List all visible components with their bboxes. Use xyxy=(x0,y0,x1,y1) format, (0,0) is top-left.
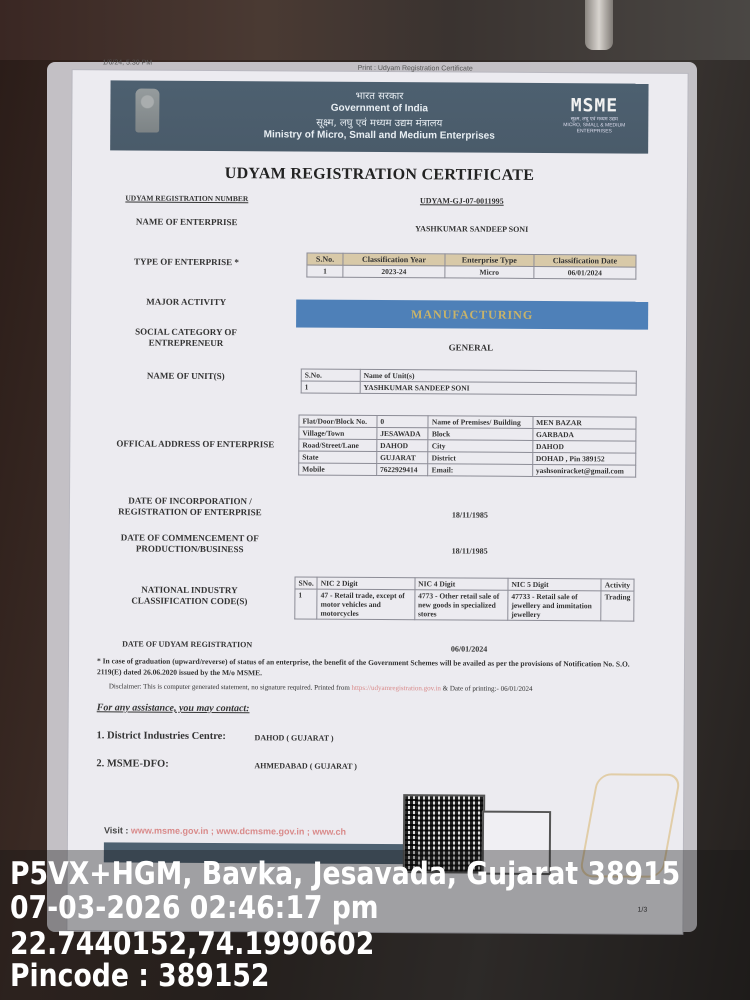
unit-header: S.No. xyxy=(301,369,360,381)
classification-cell: 06/01/2024 xyxy=(534,266,636,279)
visit-label: Visit : xyxy=(104,825,131,835)
background-wall xyxy=(0,0,750,60)
classification-cell: 1 xyxy=(307,265,343,277)
classification-cell: Micro xyxy=(445,266,534,279)
geotag-address: P5VX+HGM, Bavka, Jesavada, Gujarat 38915 xyxy=(10,856,680,892)
disclaimer-link[interactable]: https://udyamregistration.gov.in xyxy=(352,684,441,693)
address-cell: 7622929414 xyxy=(377,463,429,475)
certificate-title: UDYAM REGISTRATION CERTIFICATE xyxy=(72,164,687,186)
address-cell: GARBADA xyxy=(533,428,636,441)
address-cell: DAHOD xyxy=(377,439,429,451)
nic-cell: 47733 - Retail sale of jewellery and imm… xyxy=(508,590,601,621)
msme-logo-text: MSME xyxy=(554,95,634,116)
reg-number-label: UDYAM REGISTRATION NUMBER xyxy=(102,192,272,204)
address-cell: City xyxy=(428,440,532,453)
unit-cell: 1 xyxy=(301,381,360,393)
classification-header: Enterprise Type xyxy=(445,254,534,267)
address-cell: Village/Town xyxy=(299,427,377,439)
print-title: Print : Udyam Registration Certificate xyxy=(358,65,473,73)
address-cell: State xyxy=(299,451,377,463)
contact-dic-value: DAHOD ( GUJARAT ) xyxy=(255,733,334,742)
disclaimer: Disclaimer: This is computer generated s… xyxy=(109,682,649,693)
address-cell: Block xyxy=(428,428,532,441)
metal-clip xyxy=(585,0,613,50)
units-table: S.No.Name of Unit(s) 1YASHKUMAR SANDEEP … xyxy=(301,369,637,396)
address-cell: District xyxy=(428,452,532,465)
address-cell: Email: xyxy=(428,464,532,477)
address-cell: JESAWADA xyxy=(377,427,429,439)
nic-header: NIC 5 Digit xyxy=(508,578,601,591)
assistance-heading: For any assistance, you may contact: xyxy=(97,702,250,714)
type-label: TYPE OF ENTERPRISE * xyxy=(111,256,261,268)
geotag-pincode: Pincode : 389152 xyxy=(10,958,269,994)
unit-cell: YASHKUMAR SANDEEP SONI xyxy=(360,381,636,395)
social-category-label: SOCIAL CATEGORY OF ENTREPRENEUR xyxy=(111,326,261,349)
unit-row: 1YASHKUMAR SANDEEP SONI xyxy=(301,381,636,395)
address-table: Flat/Door/Block No.0Name of Premises/ Bu… xyxy=(298,415,636,478)
contact-dfo-label: 2. MSME-DFO: xyxy=(96,758,168,769)
classification-header: S.No. xyxy=(307,253,343,265)
ministry-banner: भारत सरकार Government of India सूक्ष्म, … xyxy=(110,80,648,153)
address-label: OFFICAL ADDRESS OF ENTERPRISE xyxy=(100,438,290,450)
nic-label: NATIONAL INDUSTRY CLASSIFICATION CODE(S) xyxy=(109,584,269,607)
incorporation-label: DATE OF INCORPORATION / REGISTRATION OF … xyxy=(110,495,270,518)
address-cell: Mobile xyxy=(299,463,377,475)
printing-date: & Date of printing:- 06/01/2024 xyxy=(441,684,533,693)
address-cell: yashsoniracket@gmail.com xyxy=(532,464,635,477)
nic-table: SNo.NIC 2 DigitNIC 4 DigitNIC 5 DigitAct… xyxy=(294,576,634,621)
enterprise-name: YASHKUMAR SANDEEP SONI xyxy=(372,224,572,234)
udyam-date: 06/01/2024 xyxy=(409,644,529,654)
nic-header: SNo. xyxy=(295,577,317,589)
address-cell: Road/Street/Lane xyxy=(299,439,377,451)
graduation-note: * In case of graduation (upward/reverse)… xyxy=(97,655,637,680)
disclaimer-text: Disclaimer: This is computer generated s… xyxy=(109,682,352,691)
reg-number: UDYAM-GJ-07-0011995 xyxy=(372,196,552,206)
national-emblem-icon xyxy=(135,89,159,133)
address-cell: DAHOD xyxy=(532,440,635,453)
contact-dic-label: 1. District Industries Centre: xyxy=(97,730,226,742)
address-cell: DOHAD , Pin 389152 xyxy=(532,452,635,465)
address-cell: Flat/Door/Block No. xyxy=(299,415,377,427)
classification-header: Classification Year xyxy=(343,253,445,266)
enterprise-name-label: NAME OF ENTERPRISE xyxy=(112,216,262,228)
address-row: Mobile7622929414Email:yashsoniracket@gma… xyxy=(299,463,636,477)
address-cell: 0 xyxy=(377,415,429,427)
commencement-label: DATE OF COMMENCEMENT OF PRODUCTION/BUSIN… xyxy=(110,532,270,555)
commencement-date: 18/11/1985 xyxy=(410,546,530,556)
social-category: GENERAL xyxy=(411,342,531,353)
visit-url[interactable]: www.msme.gov.in ; www.dcmsme.gov.in ; ww… xyxy=(131,825,346,836)
classification-table: S.No.Classification YearEnterprise TypeC… xyxy=(306,253,636,280)
nic-header: NIC 2 Digit xyxy=(317,577,415,590)
units-label: NAME OF UNIT(S) xyxy=(111,370,261,382)
udyam-date-label: DATE OF UDYAM REGISTRATION xyxy=(97,638,277,650)
classification-cell: 2023-24 xyxy=(343,265,445,278)
nic-cell: Trading xyxy=(601,591,634,621)
address-cell: MEN BAZAR xyxy=(533,416,636,429)
msme-logo: MSME सूक्ष्म, लघु एवं मध्यम उद्यम MICRO,… xyxy=(554,95,634,134)
nic-header: NIC 4 Digit xyxy=(415,578,508,591)
visit-links: Visit : www.msme.gov.in ; www.dcmsme.gov… xyxy=(104,825,346,836)
geotag-datetime: 07-03-2026 02:46:17 pm xyxy=(10,890,379,926)
nic-cell: 1 xyxy=(295,589,317,619)
nic-row: 147 - Retail trade, except of motor vehi… xyxy=(295,589,634,621)
address-cell: Name of Premises/ Building xyxy=(428,416,532,429)
nic-cell: 47 - Retail trade, except of motor vehic… xyxy=(317,589,415,620)
nic-header: Activity xyxy=(601,579,634,591)
classification-header: Classification Date xyxy=(534,254,636,267)
contact-dfo-value: AHMEDABAD ( GUJARAT ) xyxy=(254,761,357,771)
major-activity: MANUFACTURING xyxy=(296,299,648,329)
print-date: 1/6/24, 5:30 PM xyxy=(103,59,152,66)
classification-row: 12023-24Micro06/01/2024 xyxy=(307,265,636,279)
geotag-coordinates: 22.7440152,74.1990602 xyxy=(10,926,374,962)
msme-logo-sub2: MICRO, SMALL & MEDIUM ENTERPRISES xyxy=(554,122,634,134)
address-cell: GUJARAT xyxy=(377,451,429,463)
nic-cell: 4773 - Other retail sale of new goods in… xyxy=(414,590,508,621)
certificate-document: 1/6/24, 5:30 PM Print : Udyam Registrati… xyxy=(67,70,687,934)
incorporation-date: 18/11/1985 xyxy=(410,510,530,520)
major-activity-label: MAJOR ACTIVITY xyxy=(111,296,261,308)
